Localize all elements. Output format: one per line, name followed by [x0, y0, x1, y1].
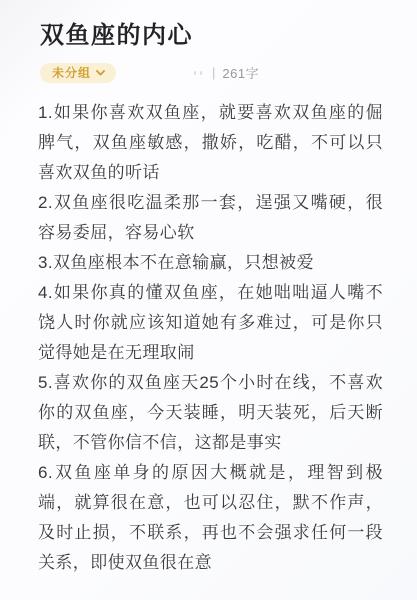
faded-timestamp-marks: [194, 71, 202, 75]
meta-row: 未分组 | 261字: [40, 62, 387, 84]
note-paragraph: 3.双鱼座根本不在意输赢，只想被爱: [38, 248, 383, 278]
note-paragraph: 6.双鱼座单身的原因大概就是，理智到极端，就算很在意，也可以忍住，默不作声，及时…: [38, 458, 383, 578]
category-tag-button[interactable]: 未分组: [40, 63, 116, 83]
note-page: 双鱼座的内心 未分组 | 261字 1.如果你喜欢双鱼座，就要喜欢双鱼座的倔脾气…: [0, 0, 417, 600]
note-paragraph: 4.如果你真的懂双鱼座，在她咄咄逼人嘴不饶人时你就应该知道她有多难过，可是你只觉…: [38, 278, 383, 368]
word-count: 261字: [222, 63, 259, 82]
note-header: 双鱼座的内心 未分组 | 261字: [0, 0, 417, 84]
note-body: 1.如果你喜欢双鱼座，就要喜欢双鱼座的倔脾气，双鱼座敏感，撒娇，吃醋，不可以只喜…: [0, 84, 417, 578]
note-paragraph: 2.双鱼座很吃温柔那一套，逞强又嘴硬，很容易委屈，容易心软: [38, 188, 383, 248]
note-paragraph: 5.喜欢你的双鱼座天25个小时在线，不喜欢你的双鱼座，今天装睡，明天装死，后天断…: [38, 368, 383, 458]
page-title: 双鱼座的内心: [40, 22, 387, 51]
chevron-down-icon: [96, 70, 105, 76]
note-paragraph: 1.如果你喜欢双鱼座，就要喜欢双鱼座的倔脾气，双鱼座敏感，撒娇，吃醋，不可以只喜…: [38, 98, 383, 188]
meta-divider: |: [212, 65, 215, 80]
category-tag-label: 未分组: [52, 67, 91, 79]
